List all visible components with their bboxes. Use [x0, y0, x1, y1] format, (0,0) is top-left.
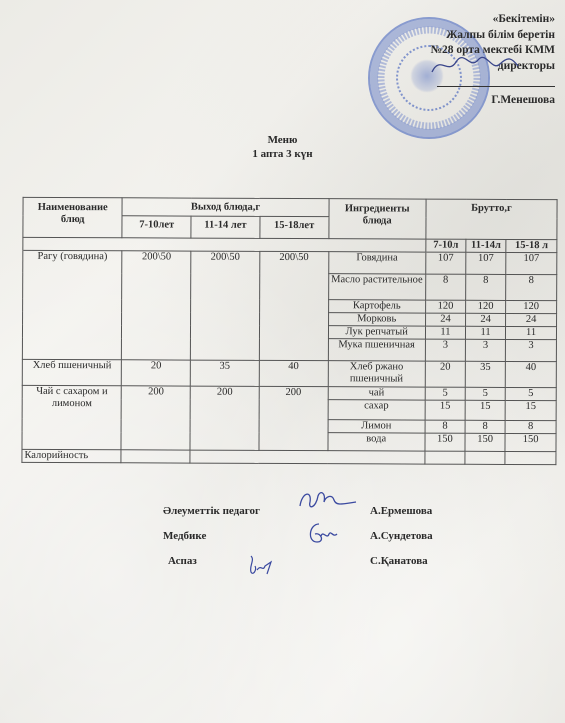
dish-yield: 200\50 — [259, 251, 328, 360]
dish-yield: 200\50 — [122, 251, 191, 360]
calorie-cell — [465, 451, 505, 464]
social-pedagogue-signature-icon — [296, 488, 358, 514]
ingredient-name: Лимон — [328, 420, 425, 433]
ingredient-name: Хлеб ржано пшеничный — [328, 361, 425, 387]
dish-yield: 40 — [259, 360, 328, 386]
ingredient-gross: 20 — [425, 361, 465, 387]
nurse-signature-icon — [305, 520, 341, 546]
ingredient-gross: 11 — [465, 326, 505, 339]
document-title: Меню 1 апта 3 күн — [0, 133, 565, 161]
table-row: Хлеб пшеничный 20 35 40 Хлеб ржано пшени… — [22, 359, 556, 387]
header-yield-age-3: 15-18лет — [260, 216, 329, 238]
signature-row: Медбике А.Сундетова — [0, 530, 565, 550]
approval-heading: «Бекітемін» — [430, 12, 555, 28]
ingredient-name: сахар — [328, 400, 425, 420]
ingredient-name: Картофель — [328, 300, 425, 313]
ingredient-gross: 8 — [465, 420, 505, 433]
dish-yield: 200 — [121, 386, 190, 450]
signature-name: А.Ермешова — [370, 505, 432, 517]
ingredient-gross: 120 — [466, 300, 506, 313]
dish-yield: 200 — [190, 386, 259, 450]
calorie-cell — [425, 451, 465, 464]
ingredient-gross: 5 — [425, 387, 465, 400]
ingredient-gross: 150 — [465, 433, 505, 451]
header-yield: Выход блюда,г — [122, 198, 328, 217]
signature-role: Әлеуметтік педагог — [163, 505, 260, 517]
ingredient-gross: 15 — [425, 400, 465, 420]
dish-name: Чай с сахаром и лимоном — [22, 385, 122, 449]
ingredient-gross: 8 — [506, 274, 557, 300]
ingredient-gross: 11 — [425, 326, 465, 339]
ingredient-gross: 3 — [465, 339, 505, 361]
approval-signer: Г.Менешова — [430, 93, 555, 109]
ingredient-name: чай — [328, 387, 425, 400]
approval-line-1: Жалпы білім беретін — [430, 28, 555, 44]
ingredient-name: Лук репчатый — [328, 326, 425, 339]
header-dish: Наименование блюд — [23, 197, 123, 237]
calorie-label: Калорийность — [22, 449, 121, 462]
ingredient-gross: 35 — [465, 361, 505, 387]
title-line-2: 1 апта 3 күн — [0, 147, 565, 161]
calorie-cell — [190, 450, 425, 464]
header-gross-age-1: 7-10л — [426, 239, 466, 252]
calorie-cell — [505, 451, 556, 464]
ingredient-gross: 120 — [506, 300, 557, 313]
dish-yield: 20 — [122, 360, 191, 386]
ingredient-gross: 15 — [505, 400, 556, 420]
signature-name: С.Қанатова — [370, 555, 428, 567]
dish-yield: 200\50 — [190, 251, 259, 360]
table-row: Чай с сахаром и лимоном 200 200 200 чай … — [22, 385, 556, 400]
table-row: Рагу (говядина) 200\50 200\50 200\50 Гов… — [23, 250, 557, 274]
ingredient-name: Масло растительное — [328, 274, 425, 300]
header-gross-age-3: 15-18 л — [506, 239, 557, 252]
signature-role: Аспаз — [168, 555, 197, 567]
header-yield-age-2: 11-14 лет — [191, 216, 260, 238]
dish-name: Рагу (говядина) — [22, 250, 122, 359]
signature-row: Аспаз С.Қанатова — [0, 555, 565, 575]
ingredient-gross: 11 — [506, 326, 557, 339]
ingredient-gross: 24 — [506, 313, 557, 326]
ingredient-gross: 40 — [505, 361, 556, 387]
cook-signature-icon — [245, 552, 275, 578]
ingredient-name: Мука пшеничная — [328, 339, 425, 361]
ingredient-gross: 107 — [506, 252, 557, 274]
ingredient-gross: 150 — [505, 433, 556, 451]
ingredient-gross: 5 — [465, 387, 505, 400]
signature-row: Әлеуметтік педагог А.Ермешова — [0, 505, 565, 525]
ingredient-gross: 24 — [425, 313, 465, 326]
ingredient-gross: 107 — [466, 252, 506, 274]
ingredient-gross: 15 — [465, 400, 505, 420]
signature-role: Медбике — [163, 530, 206, 542]
header-gross-age-2: 11-14л — [466, 239, 506, 252]
director-signature-icon — [430, 50, 520, 80]
ingredient-name: Морковь — [328, 313, 425, 326]
ingredient-gross: 8 — [425, 420, 465, 433]
ingredient-gross: 3 — [425, 339, 465, 361]
ingredient-name: вода — [328, 433, 425, 451]
ingredient-gross: 5 — [505, 387, 556, 400]
calorie-cell — [121, 450, 190, 463]
ingredient-gross: 8 — [505, 420, 556, 433]
dish-yield: 200 — [259, 386, 328, 450]
ingredient-gross: 8 — [466, 274, 506, 300]
ingredient-gross: 150 — [425, 433, 465, 451]
ingredient-gross: 3 — [506, 339, 557, 361]
ingredient-gross: 107 — [426, 252, 466, 274]
header-gross: Брутто,г — [426, 199, 557, 240]
dish-yield: 35 — [190, 360, 259, 386]
calorie-row: Калорийность — [22, 449, 556, 464]
header-ingredients: Ингредиенты блюда — [328, 199, 425, 239]
ingredient-gross: 24 — [466, 313, 506, 326]
header-yield-age-1: 7-10лет — [122, 216, 191, 238]
signature-name: А.Сундетова — [370, 530, 433, 542]
ingredient-gross: 120 — [425, 300, 465, 313]
dish-name: Хлеб пшеничный — [22, 359, 122, 385]
ingredient-gross: 8 — [425, 274, 465, 300]
ingredient-name: Говядина — [328, 252, 425, 274]
title-line-1: Меню — [0, 133, 565, 147]
menu-table: Наименование блюд Выход блюда,г Ингредие… — [21, 197, 557, 465]
